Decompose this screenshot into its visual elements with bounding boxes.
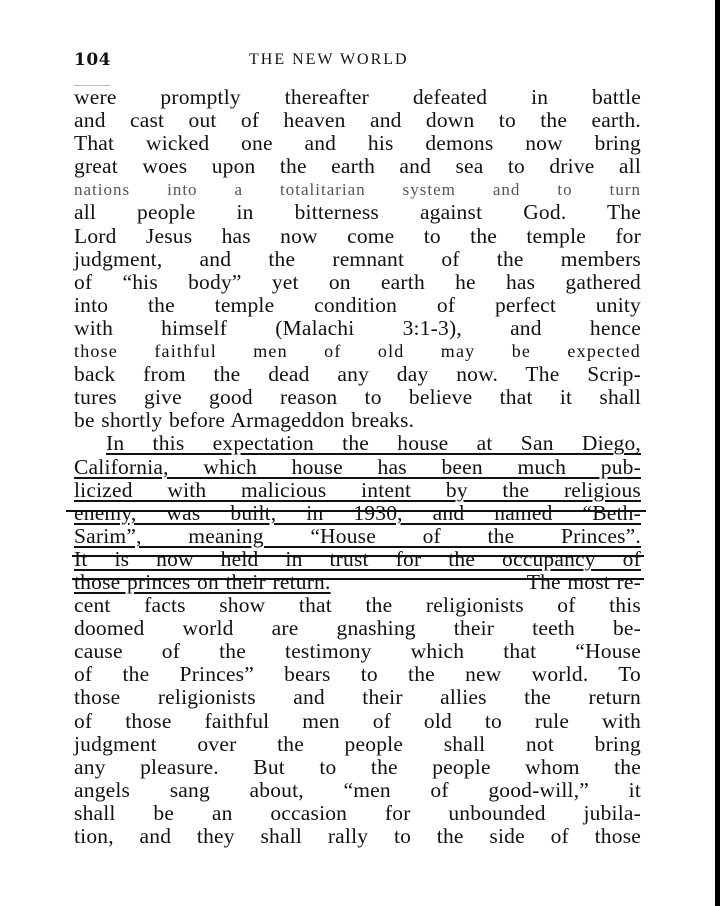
page-number: 104 — [74, 50, 111, 70]
underlined-line: enemy, was built, in 1930, and named “Be… — [74, 502, 641, 525]
text-line: back from the dead any day now. The Scri… — [74, 363, 641, 386]
underline-rule — [72, 555, 644, 557]
text-line: those faithful men of old may be expecte… — [74, 340, 641, 363]
underline-rule — [66, 510, 646, 512]
body-text: were promptly thereafter defeated in bat… — [74, 86, 641, 848]
text-line: of those faithful men of old to rule wit… — [74, 710, 641, 733]
underlined-line: Sarim”, meaning “House of the Princes”. — [74, 525, 641, 548]
underlined-span: those princes on their return. — [74, 571, 331, 594]
text-line: shall be an occasion for unbounded jubil… — [74, 802, 641, 825]
text-line: of the Princes” bears to the new world. … — [74, 663, 641, 686]
underlined-line: In this expectation the house at San Die… — [74, 432, 641, 455]
text-line: all people in bitterness against God. Th… — [74, 201, 641, 224]
text-line: great woes upon the earth and sea to dri… — [74, 155, 641, 178]
text-line: cent facts show that the religionists of… — [74, 594, 641, 617]
underlined-line: licized with malicious intent by the rel… — [74, 479, 641, 502]
scan-edge-bar — [715, 0, 720, 906]
text-line: doomed world are gnashing their teeth be… — [74, 617, 641, 640]
text-line: into the temple condition of perfect uni… — [74, 294, 641, 317]
text-line: Lord Jesus has now come to the temple fo… — [74, 225, 641, 248]
text-line: were promptly thereafter defeated in bat… — [74, 86, 641, 109]
text-line: of “his body” yet on earth he has gather… — [74, 271, 641, 294]
text-line: be shortly before Armageddon breaks. — [74, 409, 641, 432]
scanned-book-page: 104 THE NEW WORLD were promptly thereaft… — [0, 0, 715, 906]
text-line: and cast out of heaven and down to the e… — [74, 109, 641, 132]
text-line: angels sang about, “men of good-will,” i… — [74, 779, 641, 802]
text-line: judgment, and the remnant of the members — [74, 248, 641, 271]
underline-rule — [72, 578, 644, 580]
page-header: 104 THE NEW WORLD — [74, 50, 644, 74]
text-line: those religionists and their allies the … — [74, 686, 641, 709]
text-line: cause of the testimony which that “House — [74, 640, 641, 663]
text-line: judgment over the people shall not bring — [74, 733, 641, 756]
underlined-line: California, which house has been much pu… — [74, 456, 641, 479]
mixed-line: those princes on their return. The most … — [74, 571, 641, 594]
text-line: nations into a totalitarian system and t… — [74, 178, 641, 201]
running-title: THE NEW WORLD — [249, 51, 409, 69]
text-line: any pleasure. But to the people whom the — [74, 756, 641, 779]
underlined-line: It is now held in trust for the occupanc… — [74, 548, 641, 571]
line-tail: The most re- — [527, 571, 641, 594]
text-line: with himself (Malachi 3:1-3), and hence — [74, 317, 641, 340]
text-line: tures give good reason to believe that i… — [74, 386, 641, 409]
text-line: That wicked one and his demons now bring — [74, 132, 641, 155]
text-line: tion, and they shall rally to the side o… — [74, 825, 641, 848]
